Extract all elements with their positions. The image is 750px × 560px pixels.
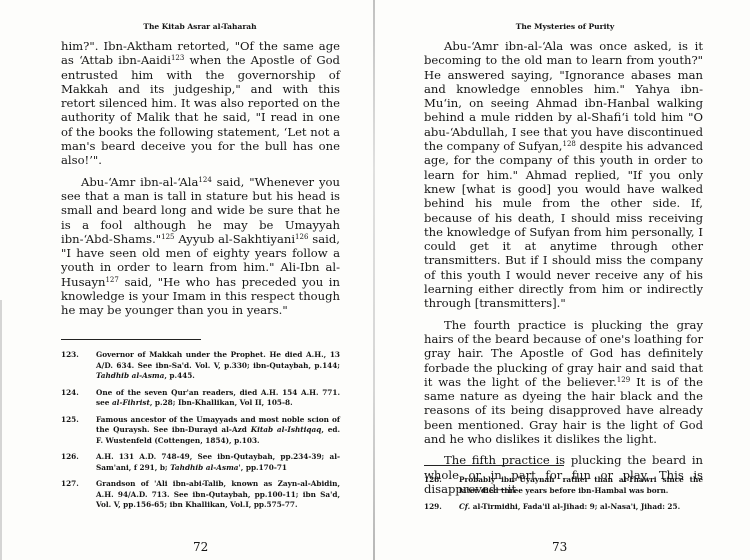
footnotes: 128.Probably ibn-'Uyaynah' rather than a… [424,475,703,519]
footnote: 123.Governor of Makkah under the Prophet… [61,350,340,382]
footnote-rule [424,465,564,466]
page-number: 73 [552,540,567,554]
right-page: The Mysteries of Purity Abu-‘Amr ibn-al-… [375,0,750,560]
paragraph: Abu-‘Amr ibn-al-‘Ala124 said, "Whenever … [61,175,340,318]
footnotes: 123.Governor of Makkah under the Prophet… [61,350,340,517]
footnote-ref: 123 [171,54,184,62]
footnote-ref: 124 [198,176,211,184]
footnote-ref: 125 [161,233,174,241]
body-text: Abu-‘Amr ibn-al-‘Ala was once asked, is … [424,39,703,503]
paragraph: The fourth practice is plucking the gray… [424,318,703,447]
footnote-ref: 129 [617,376,630,384]
left-page: The Kitab Asrar al-Taharah him?". Ibn-Ak… [0,0,375,560]
paragraph: him?". Ibn-Aktham retorted, "Of the same… [61,39,340,168]
footnote-ref: 127 [105,276,118,284]
footnote: 126.A.H. 131 A.D. 748-49, See ibn-Qutayb… [61,452,340,473]
footnote: 127.Grandson of 'Ali ibn-abi-Talib, know… [61,479,340,511]
footnote-ref: 126 [295,233,308,241]
footnote: 128.Probably ibn-'Uyaynah' rather than a… [424,475,703,496]
running-head: The Mysteries of Purity [425,22,705,31]
running-head: The Kitab Asrar al-Taharah [60,22,340,31]
body-text: him?". Ibn-Aktham retorted, "Of the same… [61,39,340,325]
footnote-ref: 128 [562,140,575,148]
paragraph: Abu-‘Amr ibn-al-‘Ala was once asked, is … [424,39,703,311]
page-number: 72 [193,540,208,554]
footnote: 129.Cf. al-Tirmidhi, Fada'il al-Jihad: 9… [424,502,703,513]
footnote: 125.Famous ancestor of the Umayyads and … [61,415,340,447]
footnote-rule [61,339,201,340]
footnote: 124.One of the seven Qur'an readers, die… [61,388,340,409]
